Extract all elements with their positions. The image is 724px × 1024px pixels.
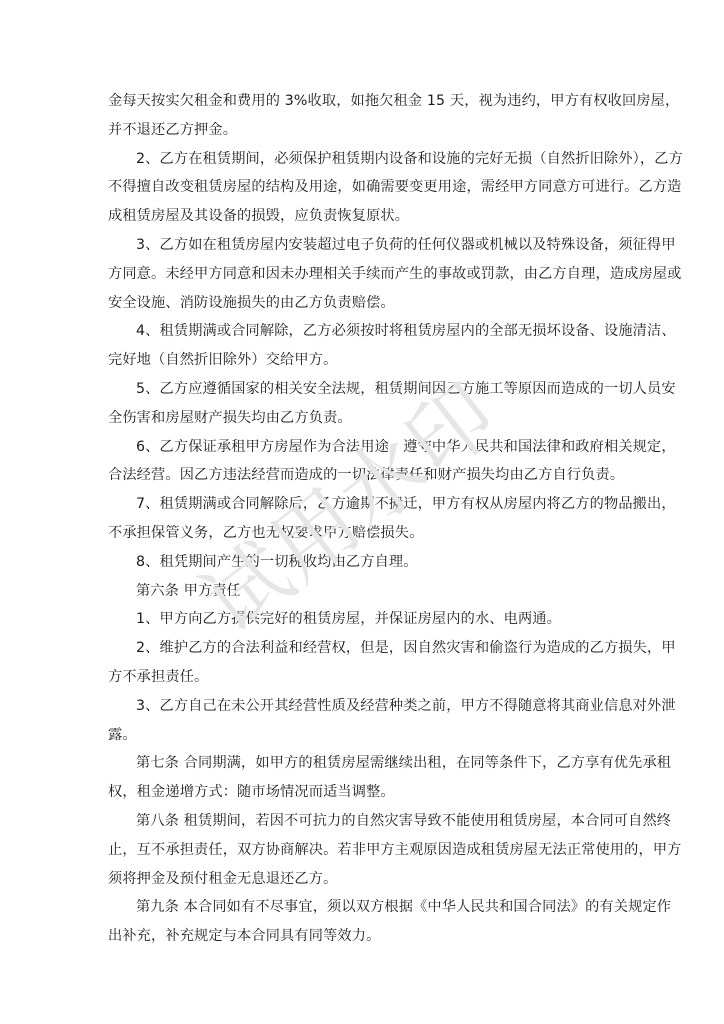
- text-line: 不承担保管义务，乙方也无权要求甲方赔偿损失。: [108, 519, 620, 548]
- article-7: 第七条 合同期满，如甲方的租赁房屋需继续出租，在同等条件下，乙方享有优先承租: [108, 749, 618, 778]
- clause-5-4: 4、租赁期满或合同解除，乙方必须按时将租赁房屋内的全部无损坏设备、设施清洁、: [108, 317, 618, 346]
- text-line: 安全设施、消防设施损失的由乙方负责赔偿。: [108, 289, 620, 318]
- clause-6-2: 2、维护乙方的合法利益和经营权，但是，因自然灾害和偷盗行为造成的乙方损失，甲: [108, 634, 618, 663]
- text-line: 完好地（自然折旧除外）交给甲方。: [108, 346, 620, 375]
- clause-5-7: 7、租赁期满或合同解除后，乙方逾期不搬迁，甲方有权从房屋内将乙方的物品搬出，: [108, 490, 618, 519]
- text-line: 成租赁房屋及其设备的损毁，应负责恢复原状。: [108, 202, 620, 231]
- text-line: 不得擅自改变租赁房屋的结构及用途，如确需要变更用途，需经甲方同意方可进行。乙方造: [108, 173, 618, 202]
- text-line: 须将押金及预付租金无息退还乙方。: [108, 865, 620, 894]
- article-8: 第八条 租赁期间，若因不可抗力的自然灾害导致不能使用租赁房屋，本合同可自然终: [108, 807, 618, 836]
- document-page: 金每天按实欠租金和费用的 3%收取，如拖欠租金 15 天，视为违约，甲方有权收回…: [0, 0, 724, 1024]
- text-line: 方同意。未经甲方同意和因未办理相关手续而产生的事故或罚款，由乙方自理，造成房屋或: [108, 260, 618, 289]
- text-line: 合法经营。因乙方违法经营而造成的一切法律责任和财产损失均由乙方自行负责。: [108, 461, 620, 490]
- text-line: 方不承担责任。: [108, 663, 620, 692]
- clause-6-3: 3、乙方自己在未公开其经营性质及经营种类之前，甲方不得随意将其商业信息对外泄: [108, 692, 618, 721]
- text-line: 止，互不承担责任，双方协商解决。若非甲方主观原因造成租赁房屋无法正常使用的，甲方: [108, 836, 618, 865]
- text-line: 金每天按实欠租金和费用的 3%收取，如拖欠租金 15 天，视为违约，甲方有权收回…: [108, 87, 618, 116]
- text-line: 露。: [108, 721, 620, 750]
- text-line: 全伤害和房屋财产损失均由乙方负责。: [108, 404, 620, 433]
- article-9: 第九条 本合同如有不尽事宜，须以双方根据《中华人民共和国合同法》的有关规定作: [108, 893, 618, 922]
- clause-5-8: 8、租凭期间产生的一切税收均由乙方自理。: [108, 548, 620, 577]
- text-line: 出补充，补充规定与本合同具有同等效力。: [108, 922, 620, 951]
- clause-5-2: 2、乙方在租赁期间，必须保护租赁期内设备和设施的完好无损（自然折旧除外），乙方: [108, 145, 618, 174]
- clause-5-6: 6、乙方保证承租甲方房屋作为合法用途，遵守中华人民共和国法律和政府相关规定，: [108, 433, 618, 462]
- clause-5-5: 5、乙方应遵循国家的相关安全法规，租赁期间因乙方施工等原因而造成的一切人员安: [108, 375, 618, 404]
- clause-6-1: 1、甲方向乙方提供完好的租赁房屋，并保证房屋内的水、电两通。: [108, 605, 620, 634]
- document-body: 金每天按实欠租金和费用的 3%收取，如拖欠租金 15 天，视为违约，甲方有权收回…: [108, 87, 620, 951]
- text-line: 权，租金递增方式：随市场情况而适当调整。: [108, 778, 620, 807]
- text-line: 并不退还乙方押金。: [108, 116, 620, 145]
- article-6-heading: 第六条 甲方责任: [108, 577, 620, 606]
- clause-5-3: 3、乙方如在租赁房屋内安装超过电子负荷的任何仪器或机械以及特殊设备，须征得甲: [108, 231, 618, 260]
